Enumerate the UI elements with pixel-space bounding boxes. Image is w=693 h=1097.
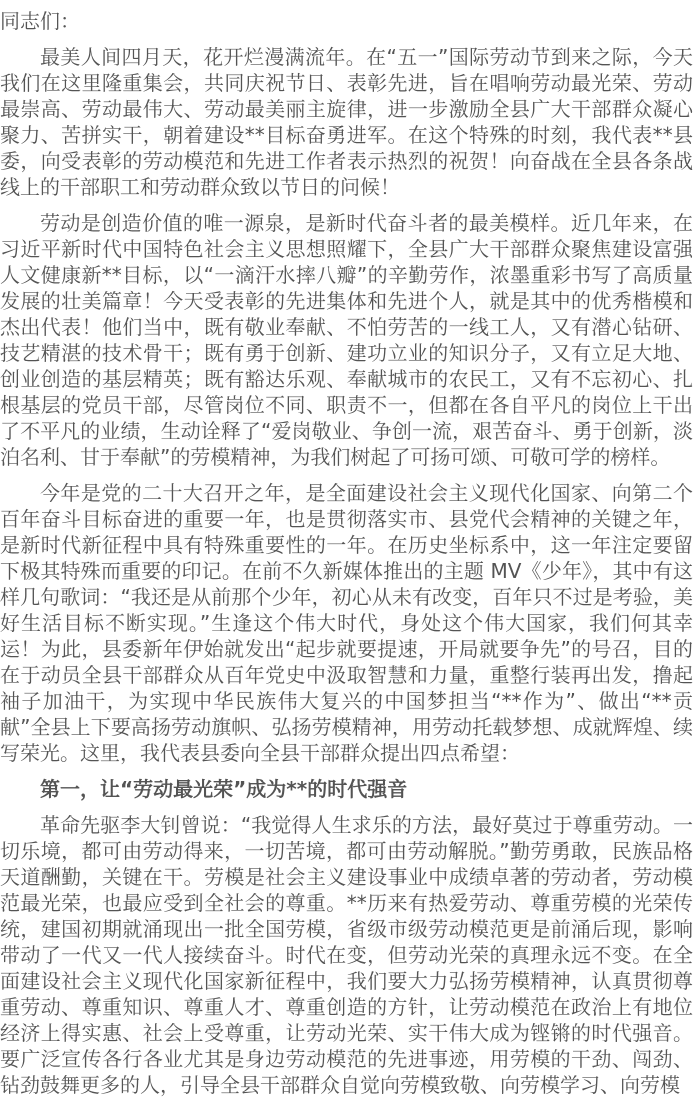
paragraph-labor-value: 劳动是创造价值的唯一源泉，是新时代奋斗者的最美模样。近几年来，在习近平新时代中国… [0,210,693,470]
speech-document: 同志们： 最美人间四月天，花开烂漫满流年。在“五一”国际劳动节到来之际，今天我们… [0,0,693,1097]
paragraph-labor-glory: 革命先驱李大钊曾说：“我觉得人生求乐的方法，最好莫过于尊重劳动。一切乐境，都可由… [0,812,693,1097]
paragraph-opening: 最美人间四月天，花开烂漫满流年。在“五一”国际劳动节到来之际，今天我们在这里隆重… [0,44,693,200]
salutation: 同志们： [0,8,693,34]
paragraph-year-significance: 今年是党的二十大召开之年，是全面建设社会主义现代化国家、向第二个百年奋斗目标奋进… [0,480,693,766]
section-heading-first-hope: 第一，让“劳动最光荣”成为**的时代强音 [0,776,693,802]
